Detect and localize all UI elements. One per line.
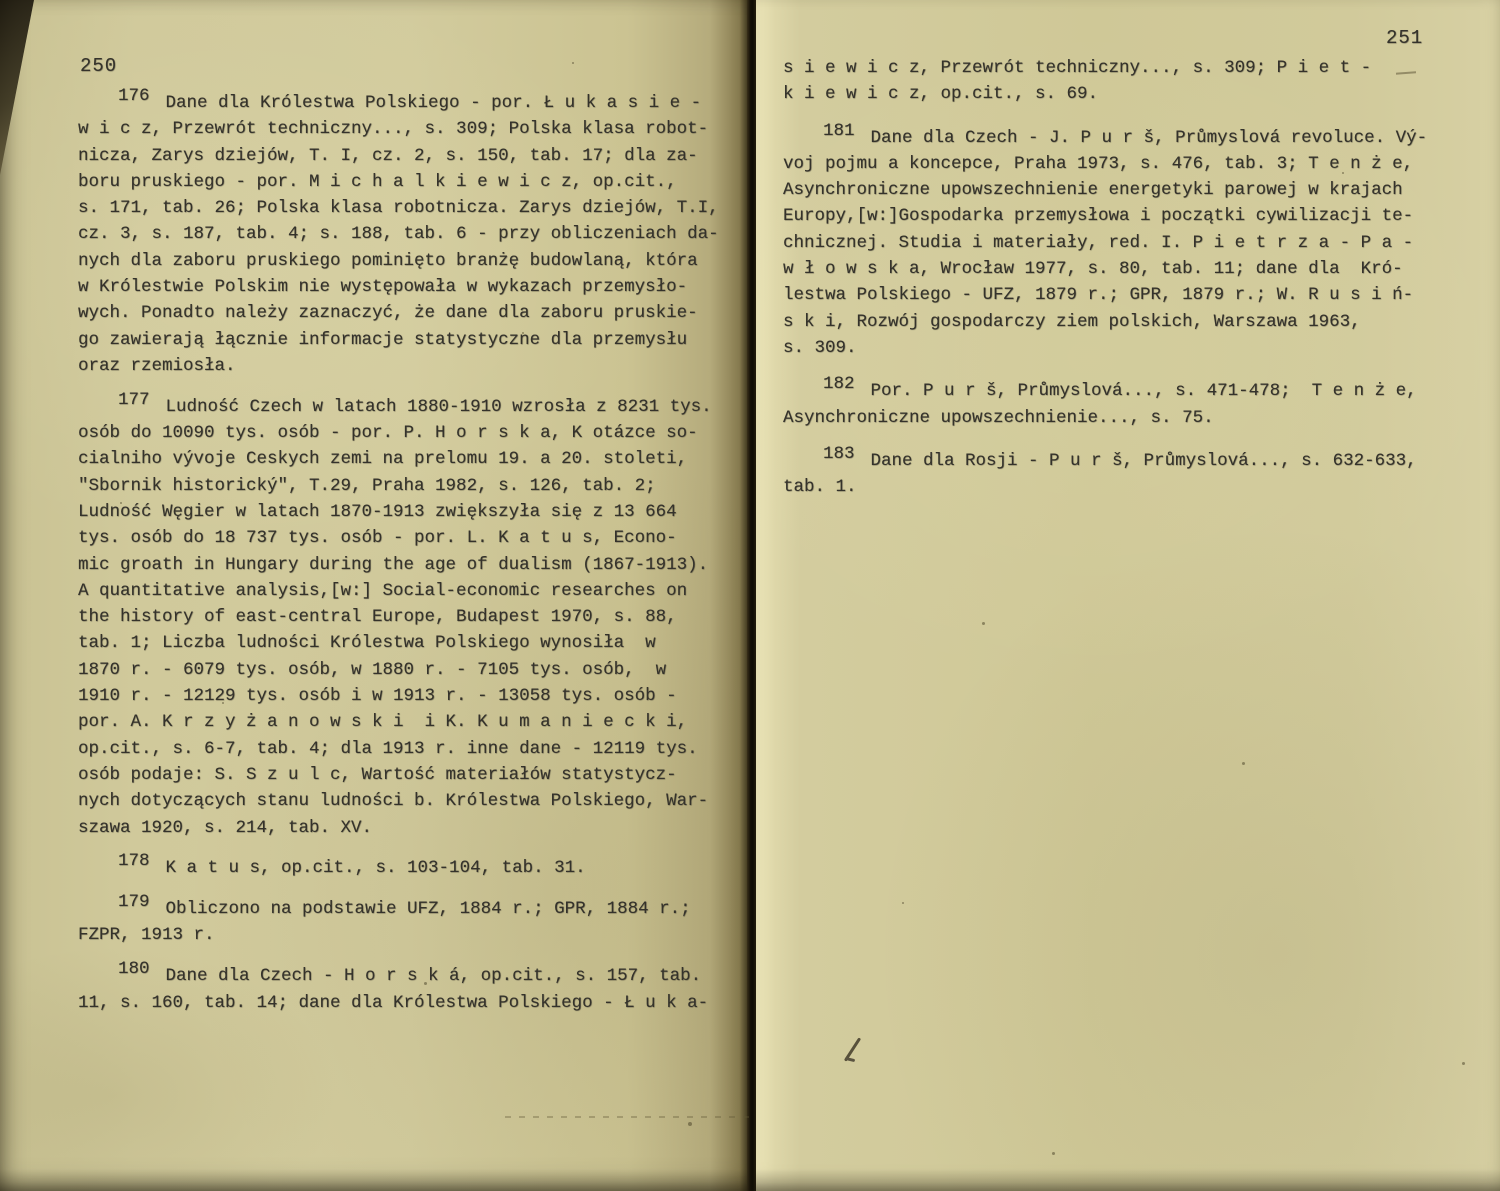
text-run: boru pruskiego - por. M i c h a l k i e … [78, 172, 677, 192]
text-line: s. 171, tab. 26; Polska klasa robotnicza… [78, 195, 743, 221]
text-line: op.cit., s. 6-7, tab. 4; dla 1913 r. inn… [78, 736, 743, 762]
text-run: tab. 1. [783, 477, 857, 497]
text-line: mic groath in Hungary during the age of … [78, 552, 743, 578]
paper-speck [982, 622, 985, 625]
text-line: Asynchroniczne upowszechnienie..., s. 75… [783, 405, 1448, 431]
text-run: Por. P u r š, Průmyslová..., s. 471-478;… [871, 381, 1417, 401]
text-line: w Królestwie Polskim nie występowała w w… [78, 274, 743, 300]
text-run: Ludność Węgier w latach 1870-1913 zwięks… [78, 502, 677, 522]
text-run: Dane dla Królestwa Polskiego - por. Ł u … [166, 93, 702, 113]
text-line: nych dla zaboru pruskiego pominięto bran… [78, 248, 743, 274]
footnote-number: 179 [118, 892, 150, 912]
text-run: 1910 r. - 12129 tys. osób i w 1913 r. - … [78, 686, 677, 706]
text-run: K a t u s, op.cit., s. 103-104, tab. 31. [166, 858, 586, 878]
text-line: FZPR, 1913 r. [78, 922, 743, 948]
text-line: 1910 r. - 12129 tys. osób i w 1913 r. - … [78, 683, 743, 709]
footnotes-left-page: 176Dane dla Królestwa Polskiego - por. Ł… [78, 90, 743, 1016]
text-run: osób podaje: S. S z u l c, Wartość mater… [78, 765, 677, 785]
text-line: 183Dane dla Rosji - P u r š, Průmyslová.… [783, 448, 1448, 474]
paper-speck [688, 1122, 692, 1126]
text-run: s i e w i c z, Przewrót techniczny..., s… [783, 58, 1371, 78]
text-line: cz. 3, s. 187, tab. 4; s. 188, tab. 6 - … [78, 221, 743, 247]
paper-speck [1342, 172, 1344, 174]
paper-speck [1242, 762, 1245, 765]
footnote-number: 183 [823, 444, 855, 464]
text-run: nych dla zaboru pruskiego pominięto bran… [78, 251, 698, 271]
text-line: wych. Ponadto należy zaznaczyć, że dane … [78, 300, 743, 326]
text-run: s k i, Rozwój gospodarczy ziem polskich,… [783, 312, 1361, 332]
text-line: chnicznej. Studia i materiały, red. I. P… [783, 230, 1448, 256]
text-run: w ł o w s k a, Wrocław 1977, s. 80, tab.… [783, 259, 1403, 279]
text-run: Dane dla Czech - J. P u r š, Průmyslová … [871, 128, 1428, 148]
page-number-right: 251 [1386, 25, 1423, 51]
text-run: k i e w i c z, op.cit., s. 69. [783, 84, 1098, 104]
footnote-number: 181 [823, 121, 855, 141]
text-line: tab. 1; Liczba ludności Królestwa Polski… [78, 630, 743, 656]
text-line: osób do 10090 tys. osób - por. P. H o r … [78, 420, 743, 446]
text-line: 1870 r. - 6079 tys. osób, w 1880 r. - 71… [78, 657, 743, 683]
text-run: 11, s. 160, tab. 14; dane dla Królestwa … [78, 993, 708, 1013]
footnote-paragraph: 179Obliczono na podstawie UFZ, 1884 r.; … [78, 896, 743, 949]
text-line: 178K a t u s, op.cit., s. 103-104, tab. … [78, 855, 743, 881]
text-line: oraz rzemiosła. [78, 353, 743, 379]
text-run: Ludność Czech w latach 1880-1910 wzrosła… [166, 397, 712, 417]
text-line: por. A. K r z y ż a n o w s k i i K. K u… [78, 709, 743, 735]
paper-speck [1122, 262, 1124, 264]
paper-speck [1052, 1152, 1055, 1155]
text-line: s. 309. [783, 335, 1448, 361]
text-line: w i c z, Przewrót techniczny..., s. 309;… [78, 116, 743, 142]
text-run: w Królestwie Polskim nie występowała w w… [78, 277, 687, 297]
paper-speck [902, 902, 904, 904]
text-run: go zawierają łącznie informacje statysty… [78, 330, 687, 350]
paper-speck [1462, 1062, 1465, 1065]
bottom-edge-shadow [0, 1169, 1500, 1191]
text-run: mic groath in Hungary during the age of … [78, 555, 708, 575]
text-run: Asynchroniczne upowszechnienie energetyk… [783, 180, 1403, 200]
footnote-number: 176 [118, 86, 150, 106]
text-run: chnicznej. Studia i materiały, red. I. P… [783, 233, 1413, 253]
text-run: osób do 10090 tys. osób - por. P. H o r … [78, 423, 698, 443]
text-run: the history of east-central Europe, Buda… [78, 607, 677, 627]
text-line: k i e w i c z, op.cit., s. 69. [783, 81, 1448, 107]
footnote-paragraph: 178K a t u s, op.cit., s. 103-104, tab. … [78, 855, 743, 881]
text-run: wych. Ponadto należy zaznaczyć, że dane … [78, 303, 698, 323]
text-line: A quantitative analysis,[w:] Social-econ… [78, 578, 743, 604]
footnote-paragraph: 181Dane dla Czech - J. P u r š, Průmyslo… [783, 125, 1448, 362]
text-line: 11, s. 160, tab. 14; dane dla Królestwa … [78, 990, 743, 1016]
text-run: op.cit., s. 6-7, tab. 4; dla 1913 r. inn… [78, 739, 698, 759]
text-line: 180Dane dla Czech - H o r s k á, op.cit.… [78, 963, 743, 989]
paper-speck [572, 62, 574, 64]
text-run: Obliczono na podstawie UFZ, 1884 r.; GPR… [166, 899, 691, 919]
text-run: cialniho vývoje Ceskych zemi na prelomu … [78, 449, 687, 469]
paper-speck [222, 702, 224, 704]
paper-speck [300, 122, 303, 125]
text-line: voj pojmu a koncepce, Praha 1973, s. 476… [783, 151, 1448, 177]
footnote-number: 182 [823, 374, 855, 394]
text-line: 176Dane dla Królestwa Polskiego - por. Ł… [78, 90, 743, 116]
footnotes-right-page: s i e w i c z, Przewrót techniczny..., s… [783, 55, 1448, 500]
text-run: w i c z, Przewrót techniczny..., s. 309;… [78, 119, 708, 139]
text-line: osób podaje: S. S z u l c, Wartość mater… [78, 762, 743, 788]
text-line: lestwa Polskiego - UFZ, 1879 r.; GPR, 18… [783, 282, 1448, 308]
text-run: por. A. K r z y ż a n o w s k i i K. K u… [78, 712, 687, 732]
text-run: A quantitative analysis,[w:] Social-econ… [78, 581, 687, 601]
text-run: s. 171, tab. 26; Polska klasa robotnicza… [78, 198, 719, 218]
text-line: go zawierają łącznie informacje statysty… [78, 327, 743, 353]
text-run: 1870 r. - 6079 tys. osób, w 1880 r. - 71… [78, 660, 666, 680]
paper-speck [424, 982, 427, 985]
footnote-number: 177 [118, 390, 150, 410]
text-line: Europy,[w:]Gospodarka przemysłowa i pocz… [783, 203, 1448, 229]
paper-speck [522, 332, 524, 334]
text-run: cz. 3, s. 187, tab. 4; s. 188, tab. 6 - … [78, 224, 719, 244]
text-run: Dane dla Czech - H o r s k á, op.cit., s… [166, 966, 702, 986]
text-run: voj pojmu a koncepce, Praha 1973, s. 476… [783, 154, 1413, 174]
text-run: lestwa Polskiego - UFZ, 1879 r.; GPR, 18… [783, 285, 1413, 305]
text-line: w ł o w s k a, Wrocław 1977, s. 80, tab.… [783, 256, 1448, 282]
text-line: szawa 1920, s. 214, tab. XV. [78, 815, 743, 841]
book-spread-scan: 250 251 176Dane dla Królestwa Polskiego … [0, 0, 1500, 1191]
footnote-paragraph: s i e w i c z, Przewrót techniczny..., s… [783, 55, 1448, 108]
text-line: s i e w i c z, Przewrót techniczny..., s… [783, 55, 1448, 81]
text-run: FZPR, 1913 r. [78, 925, 215, 945]
text-line: nicza, Zarys dziejów, T. I, cz. 2, s. 15… [78, 143, 743, 169]
text-line: 179Obliczono na podstawie UFZ, 1884 r.; … [78, 896, 743, 922]
text-line: s k i, Rozwój gospodarczy ziem polskich,… [783, 309, 1448, 335]
paper-speck [120, 502, 122, 504]
footnote-paragraph: 177Ludność Czech w latach 1880-1910 wzro… [78, 394, 743, 841]
text-line: Asynchroniczne upowszechnienie energetyk… [783, 177, 1448, 203]
binding-gutter-shadow [747, 0, 756, 1191]
footnote-number: 180 [118, 959, 150, 979]
text-run: Dane dla Rosji - P u r š, Průmyslová...,… [871, 451, 1417, 471]
text-line: tab. 1. [783, 474, 1448, 500]
text-line: the history of east-central Europe, Buda… [78, 604, 743, 630]
text-line: cialniho vývoje Ceskych zemi na prelomu … [78, 446, 743, 472]
text-run: Asynchroniczne upowszechnienie..., s. 75… [783, 408, 1214, 428]
footnote-paragraph: 180Dane dla Czech - H o r s k á, op.cit.… [78, 963, 743, 1016]
text-run: "Sbornik historický", T.29, Praha 1982, … [78, 476, 656, 496]
text-run: szawa 1920, s. 214, tab. XV. [78, 818, 372, 838]
text-run: nych dotyczących stanu ludności b. Króle… [78, 791, 708, 811]
text-line: tys. osób do 18 737 tys. osób - por. L. … [78, 525, 743, 551]
text-line: 182Por. P u r š, Průmyslová..., s. 471-4… [783, 378, 1448, 404]
footnote-number: 178 [118, 851, 150, 871]
page-number-left: 250 [80, 53, 117, 79]
text-run: nicza, Zarys dziejów, T. I, cz. 2, s. 15… [78, 146, 698, 166]
text-line: 181Dane dla Czech - J. P u r š, Průmyslo… [783, 125, 1448, 151]
footnote-paragraph: 182Por. P u r š, Průmyslová..., s. 471-4… [783, 378, 1448, 431]
text-line: 177Ludność Czech w latach 1880-1910 wzro… [78, 394, 743, 420]
text-run: tys. osób do 18 737 tys. osób - por. L. … [78, 528, 677, 548]
footnote-paragraph: 183Dane dla Rosji - P u r š, Průmyslová.… [783, 448, 1448, 501]
text-line: "Sbornik historický", T.29, Praha 1982, … [78, 473, 743, 499]
text-run: tab. 1; Liczba ludności Królestwa Polski… [78, 633, 656, 653]
text-run: Europy,[w:]Gospodarka przemysłowa i pocz… [783, 206, 1413, 226]
footnote-paragraph: 176Dane dla Królestwa Polskiego - por. Ł… [78, 90, 743, 379]
text-line: nych dotyczących stanu ludności b. Króle… [78, 788, 743, 814]
text-line: Ludność Węgier w latach 1870-1913 zwięks… [78, 499, 743, 525]
text-run: s. 309. [783, 338, 857, 358]
text-line: boru pruskiego - por. M i c h a l k i e … [78, 169, 743, 195]
faint-dotted-line [505, 1116, 755, 1118]
text-run: oraz rzemiosła. [78, 356, 236, 376]
